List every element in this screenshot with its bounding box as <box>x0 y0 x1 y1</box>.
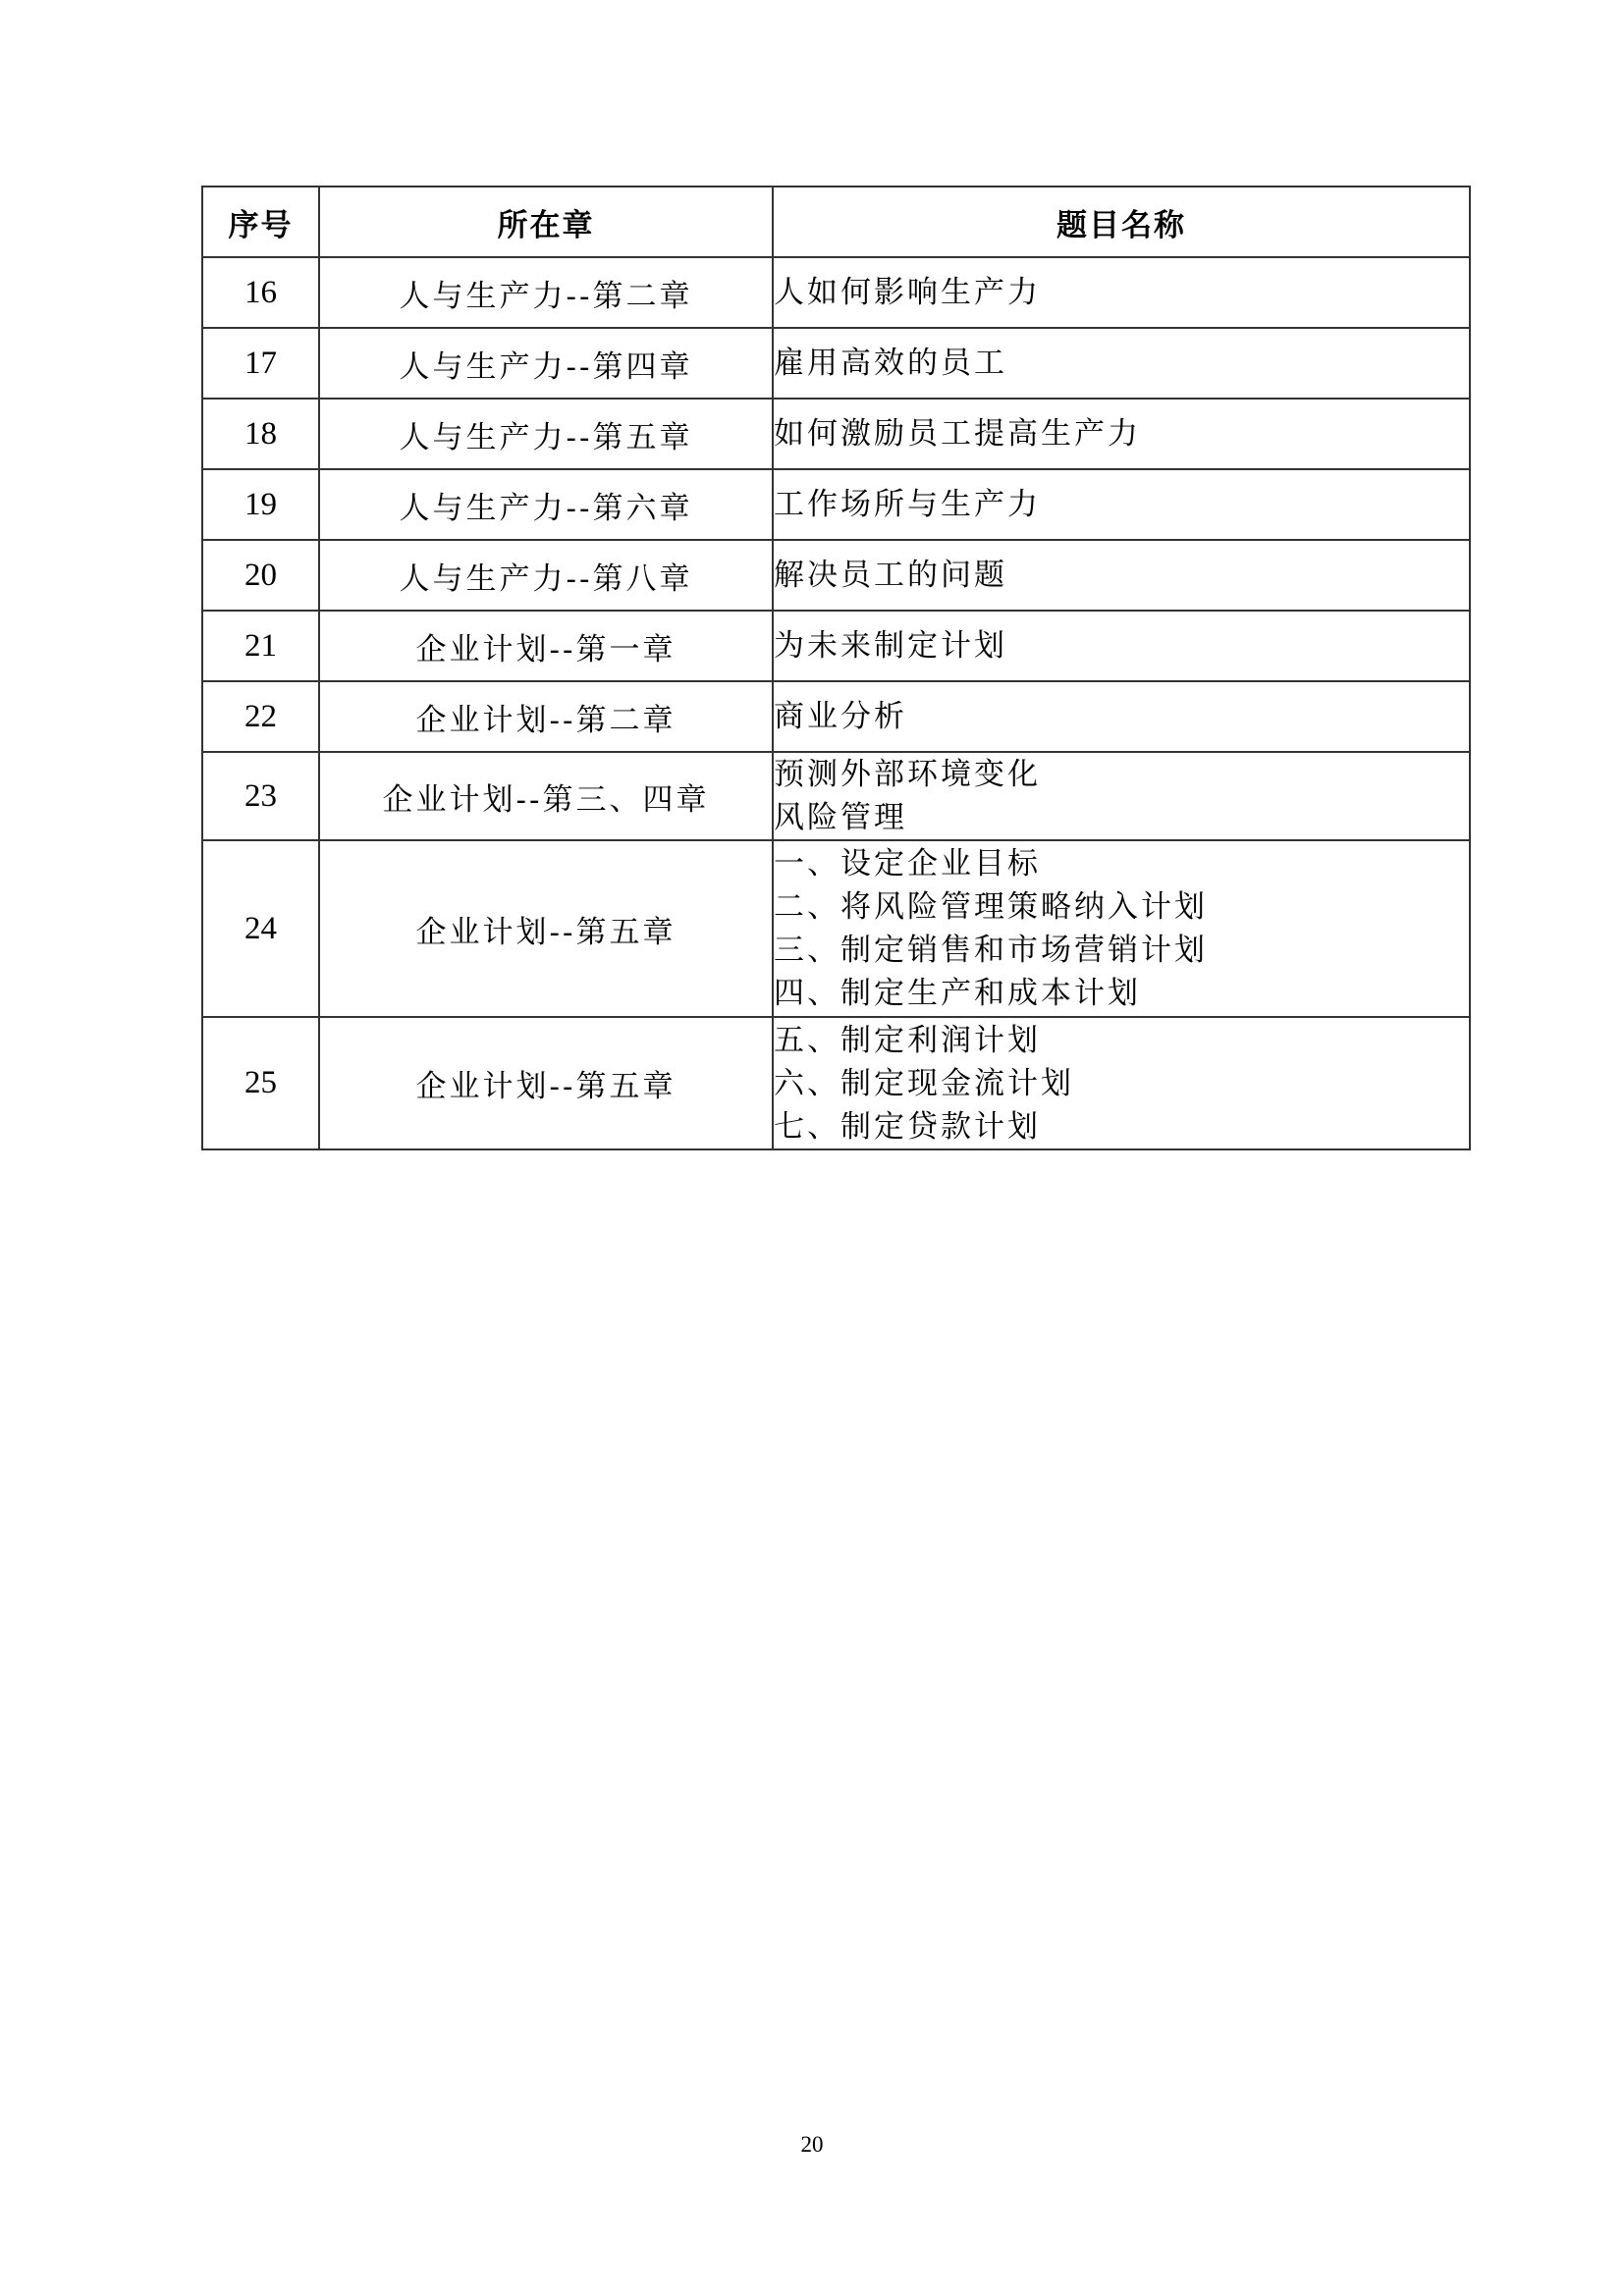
row-number: 16 <box>202 257 319 328</box>
row-chapter: 人与生产力--第五章 <box>319 399 773 469</box>
table-row: 21 企业计划--第一章 为未来制定计划 <box>202 611 1470 681</box>
table-row: 25 企业计划--第五章 五、制定利润计划 六、制定现金流计划 七、制定贷款计划 <box>202 1017 1470 1149</box>
row-chapter: 人与生产力--第六章 <box>319 469 773 540</box>
row-title: 商业分析 <box>773 681 1470 752</box>
header-title: 题目名称 <box>773 187 1470 257</box>
row-title: 人如何影响生产力 <box>773 257 1470 328</box>
row-number: 21 <box>202 611 319 681</box>
title-line: 一、设定企业目标 <box>774 842 1469 885</box>
table-row: 18 人与生产力--第五章 如何激励员工提高生产力 <box>202 399 1470 469</box>
row-number: 25 <box>202 1017 319 1149</box>
row-chapter: 企业计划--第五章 <box>319 840 773 1017</box>
title-line: 三、制定销售和市场营销计划 <box>774 929 1469 972</box>
table-row: 22 企业计划--第二章 商业分析 <box>202 681 1470 752</box>
title-line: 为未来制定计划 <box>774 624 1469 667</box>
title-line: 解决员工的问题 <box>774 554 1469 597</box>
row-title: 预测外部环境变化 风险管理 <box>773 752 1470 840</box>
row-title: 雇用高效的员工 <box>773 328 1470 399</box>
row-title: 解决员工的问题 <box>773 540 1470 611</box>
table-row: 24 企业计划--第五章 一、设定企业目标 二、将风险管理策略纳入计划 三、制定… <box>202 840 1470 1017</box>
title-line: 商业分析 <box>774 695 1469 738</box>
row-chapter: 人与生产力--第四章 <box>319 328 773 399</box>
row-title: 五、制定利润计划 六、制定现金流计划 七、制定贷款计划 <box>773 1017 1470 1149</box>
row-title: 一、设定企业目标 二、将风险管理策略纳入计划 三、制定销售和市场营销计划 四、制… <box>773 840 1470 1017</box>
title-line: 如何激励员工提高生产力 <box>774 412 1469 455</box>
row-number: 20 <box>202 540 319 611</box>
title-line: 二、将风险管理策略纳入计划 <box>774 885 1469 929</box>
table-row: 17 人与生产力--第四章 雇用高效的员工 <box>202 328 1470 399</box>
row-number: 17 <box>202 328 319 399</box>
row-number: 24 <box>202 840 319 1017</box>
row-chapter: 企业计划--第二章 <box>319 681 773 752</box>
row-title: 工作场所与生产力 <box>773 469 1470 540</box>
title-line: 人如何影响生产力 <box>774 271 1469 314</box>
row-number: 18 <box>202 399 319 469</box>
header-number: 序号 <box>202 187 319 257</box>
title-line: 六、制定现金流计划 <box>774 1062 1469 1105</box>
table-header-row: 序号 所在章 题目名称 <box>202 187 1470 257</box>
row-number: 22 <box>202 681 319 752</box>
row-chapter: 企业计划--第五章 <box>319 1017 773 1149</box>
title-line: 工作场所与生产力 <box>774 483 1469 526</box>
title-line: 四、制定生产和成本计划 <box>774 972 1469 1015</box>
title-line: 雇用高效的员工 <box>774 342 1469 385</box>
row-chapter: 人与生产力--第八章 <box>319 540 773 611</box>
row-chapter: 企业计划--第一章 <box>319 611 773 681</box>
row-title: 为未来制定计划 <box>773 611 1470 681</box>
header-chapter: 所在章 <box>319 187 773 257</box>
table-row: 20 人与生产力--第八章 解决员工的问题 <box>202 540 1470 611</box>
table-row: 23 企业计划--第三、四章 预测外部环境变化 风险管理 <box>202 752 1470 840</box>
row-number: 19 <box>202 469 319 540</box>
row-chapter: 人与生产力--第二章 <box>319 257 773 328</box>
page-number: 20 <box>0 2132 1624 2158</box>
row-title: 如何激励员工提高生产力 <box>773 399 1470 469</box>
table-row: 16 人与生产力--第二章 人如何影响生产力 <box>202 257 1470 328</box>
table-row: 19 人与生产力--第六章 工作场所与生产力 <box>202 469 1470 540</box>
row-chapter: 企业计划--第三、四章 <box>319 752 773 840</box>
row-number: 23 <box>202 752 319 840</box>
title-line: 风险管理 <box>774 796 1469 839</box>
title-line: 五、制定利润计划 <box>774 1019 1469 1062</box>
topics-table: 序号 所在章 题目名称 16 人与生产力--第二章 人如何影响生产力 17 人与… <box>201 186 1471 1150</box>
title-line: 七、制定贷款计划 <box>774 1105 1469 1148</box>
title-line: 预测外部环境变化 <box>774 753 1469 796</box>
